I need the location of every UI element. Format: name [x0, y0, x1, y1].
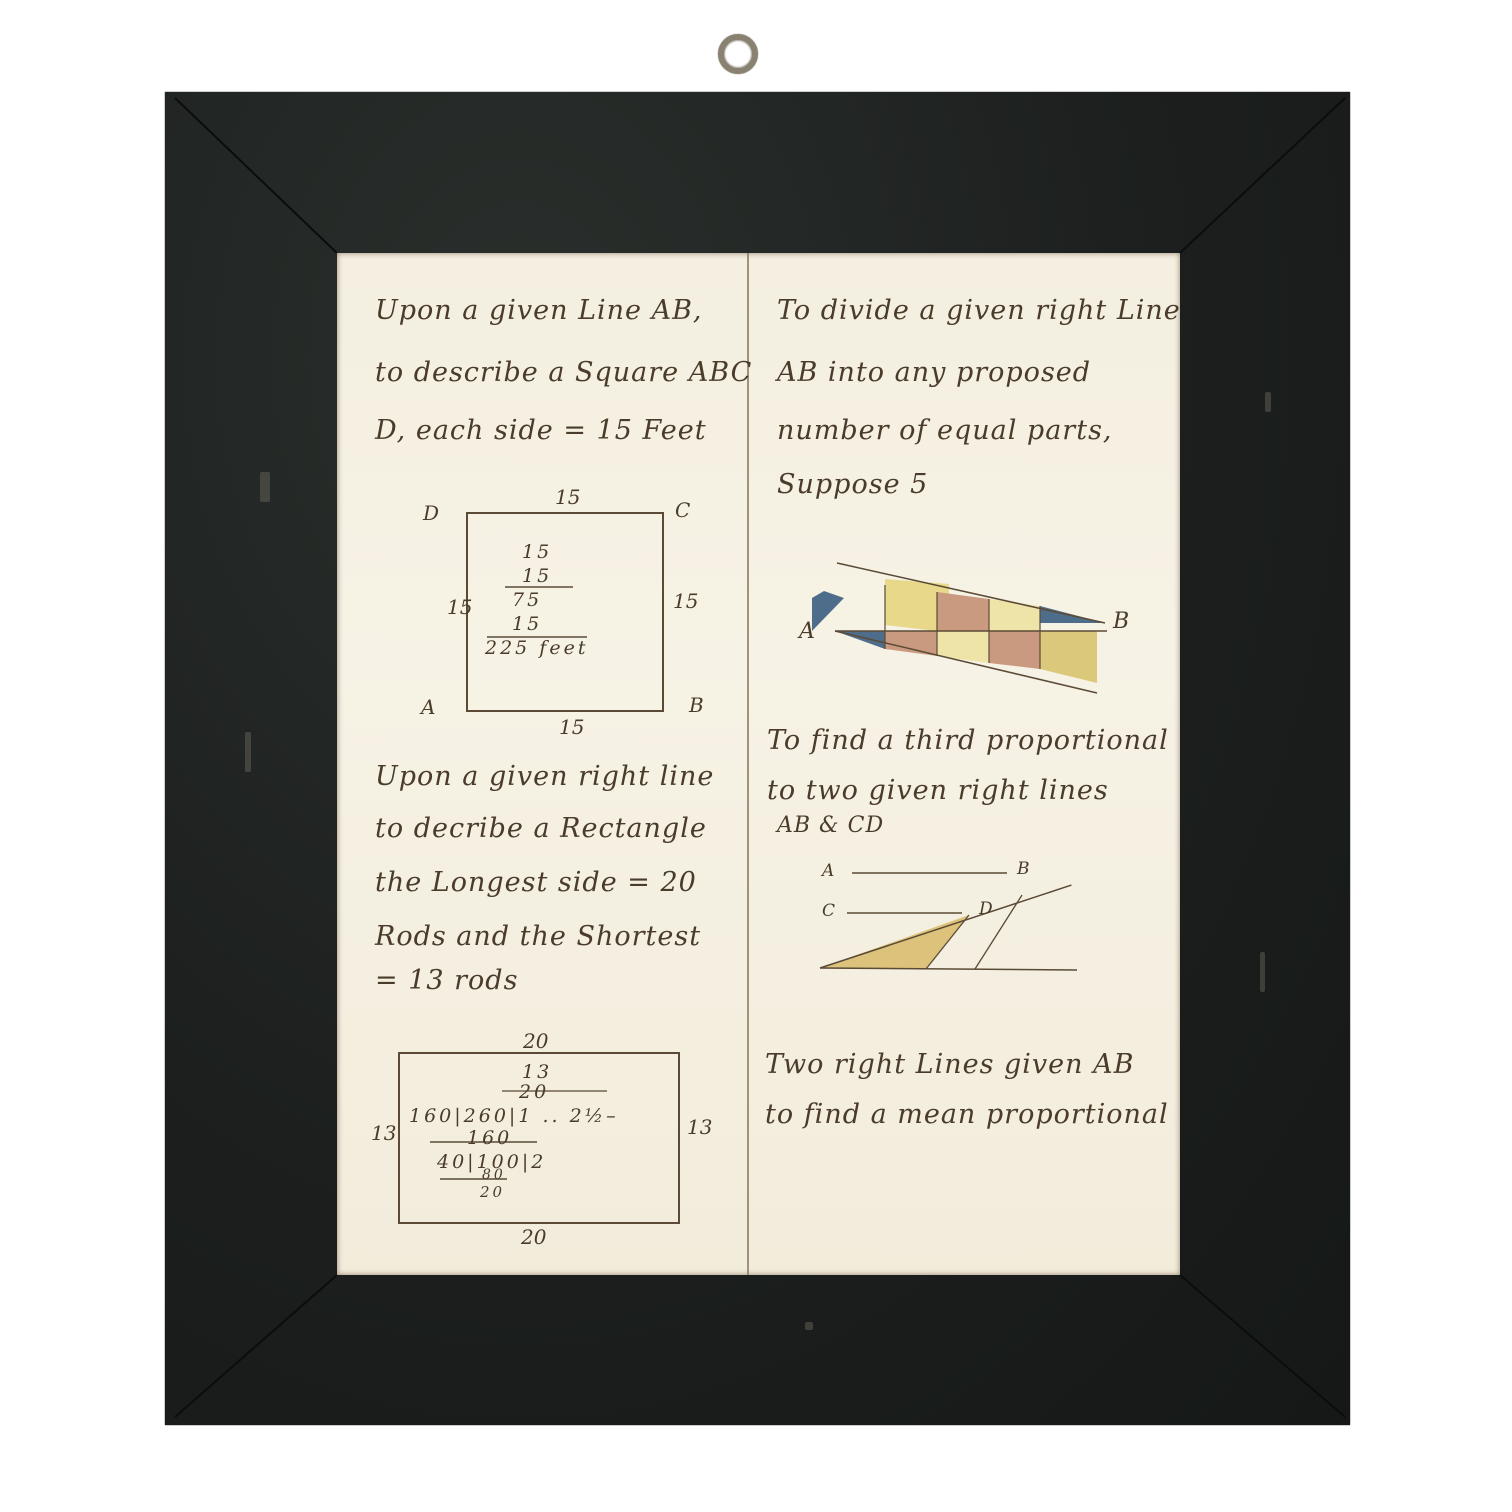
square-corner-label: D	[423, 501, 439, 525]
square-corner-label: A	[421, 695, 435, 719]
square-corner-label: C	[675, 498, 690, 522]
problem3-line3: number of equal parts,	[777, 415, 1113, 446]
problem5-line1: Two right Lines given AB	[765, 1049, 1134, 1080]
rectangle-side-label: 20	[521, 1225, 546, 1249]
problem4-line1: To find a third proportional	[767, 725, 1169, 756]
rectangle-side-label: 13	[371, 1121, 396, 1145]
square-calc-line: 15	[522, 565, 552, 587]
brass-ring-icon	[718, 34, 758, 74]
rectangle-calc-line: 13	[522, 1061, 552, 1083]
square-calc-line: 15	[522, 541, 552, 563]
rectangle-side-label: 20	[523, 1029, 548, 1053]
division-label-b: B	[1113, 609, 1129, 634]
problem2-line2: to decribe a Rectangle	[375, 813, 707, 844]
segment-label: A	[822, 861, 834, 881]
problem4-line2: to two given right lines	[767, 775, 1109, 806]
problem3-line1: To divide a given right Line	[777, 295, 1181, 326]
segment-label: D	[979, 899, 993, 919]
rectangle-calc-line: 20	[480, 1183, 505, 1201]
square-calc-result: 225 feet	[485, 637, 588, 659]
problem2-line1: Upon a given right line	[375, 761, 714, 792]
rectangle-calc-line: 160	[467, 1127, 512, 1149]
problem2-line5: = 13 rods	[375, 965, 518, 996]
square-corner-label: B	[689, 693, 704, 717]
rectangle-side-label: 13	[687, 1115, 712, 1139]
problem4-line3: AB & CD	[777, 813, 884, 838]
square-side-label: 15	[673, 589, 698, 613]
square-calc-line: 75	[512, 589, 542, 611]
rectangle-calc-line: 80	[482, 1167, 506, 1183]
division-label-a: A	[799, 619, 815, 644]
square-side-label: 15	[447, 595, 472, 619]
square-side-label: 15	[555, 485, 580, 509]
square-side-label: 15	[559, 715, 584, 739]
problem2-line4: Rods and the Shortest	[375, 921, 701, 952]
rectangle-calc-line: 160|260|1 .. 2½–	[409, 1105, 619, 1127]
square-calc-line: 15	[512, 613, 542, 635]
problem3-line4: Suppose 5	[777, 469, 928, 500]
segment-label: C	[822, 901, 835, 921]
rectangle-calc-line: 20	[519, 1081, 549, 1103]
problem3-line2: AB into any proposed	[777, 357, 1091, 388]
problem5-line2: to find a mean proportional	[765, 1099, 1169, 1130]
problem2-line3: the Longest side = 20	[375, 867, 697, 898]
segment-label: B	[1017, 859, 1030, 879]
copybook-page: Upon a given Line AB, to describe a Squa…	[337, 253, 1180, 1275]
